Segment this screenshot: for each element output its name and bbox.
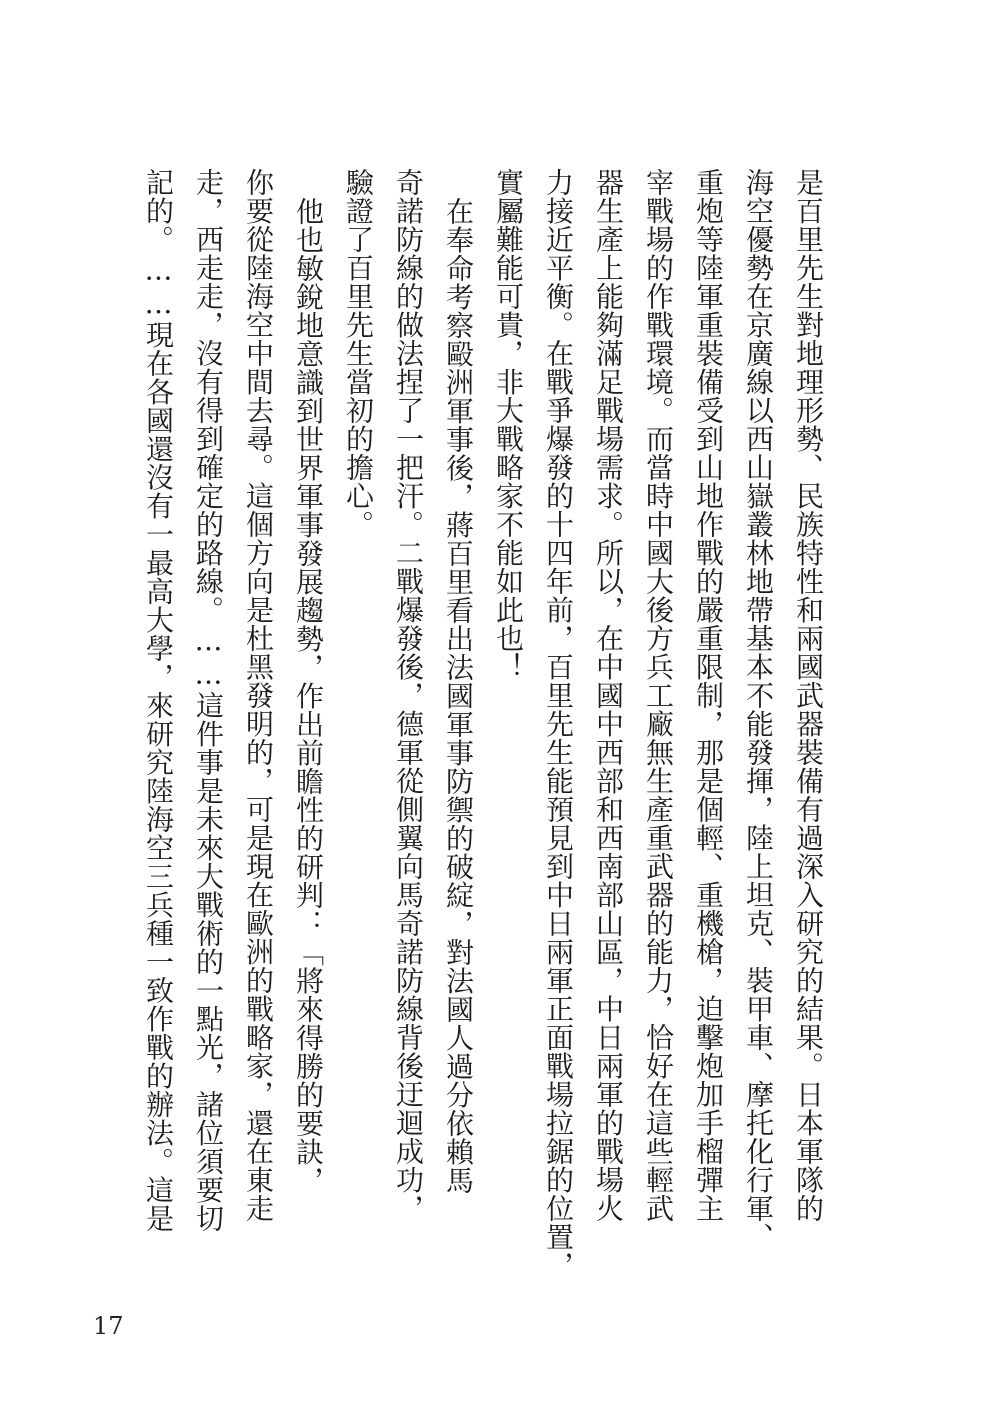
text-column: 器生產上能夠滿足戰場需求。所以，在中國中西部和西南部山區，中日兩軍的戰場火 [583, 168, 633, 1273]
text-column: 他也敏銳地意識到世界軍事發展趨勢，作出前瞻性的研判：「將來得勝的要訣， [283, 168, 333, 1273]
text-column: 實屬難能可貴，非大戰略家不能如此也！ [483, 168, 533, 1273]
text-column: 重炮等陸軍重裝備受到山地作戰的嚴重限制，那是個輕、重機槍，迫擊炮加手榴彈主 [683, 168, 733, 1273]
text-column: 奇諾防線的做法捏了一把汗。二戰爆發後，德軍從側翼向馬奇諾防線背後迂迴成功， [383, 168, 433, 1273]
text-column: 你要從陸海空中間去尋。這個方向是杜黑發明的，可是現在歐洲的戰略家，還在東走 [233, 168, 283, 1273]
text-column: 海空優勢在京廣線以西山嶽叢林地帶基本不能發揮，陸上坦克、裝甲車、摩托化行軍、 [733, 168, 783, 1273]
text-column: 力接近平衡。在戰爭爆發的十四年前，百里先生能預見到中日兩軍正面戰場拉鋸的位置， [533, 168, 583, 1273]
text-column: 宰戰場的作戰環境。而當時中國大後方兵工廠無生產重武器的能力，恰好在這些輕武 [633, 168, 683, 1273]
page-number: 17 [93, 1312, 124, 1340]
text-column: 記的。……現在各國還沒有一最高大學，來研究陸海空三兵種一致作戰的辦法。這是 [133, 168, 183, 1273]
text-column: 驗證了百里先生當初的擔心。 [333, 168, 383, 1273]
page-text: 是百里先生對地理形勢、民族特性和兩國武器裝備有過深入研究的結果。日本軍隊的 海空… [133, 168, 833, 1273]
text-column: 是百里先生對地理形勢、民族特性和兩國武器裝備有過深入研究的結果。日本軍隊的 [783, 168, 833, 1273]
text-column: 走，西走走，沒有得到確定的路線。……這件事是未來大戰術的一點光，諸位須要切 [183, 168, 233, 1273]
text-column: 在奉命考察毆洲軍事後，蔣百里看出法國軍事防禦的破綻，對法國人過分依賴馬 [433, 168, 483, 1273]
book-page: 是百里先生對地理形勢、民族特性和兩國武器裝備有過深入研究的結果。日本軍隊的 海空… [0, 0, 1000, 1423]
